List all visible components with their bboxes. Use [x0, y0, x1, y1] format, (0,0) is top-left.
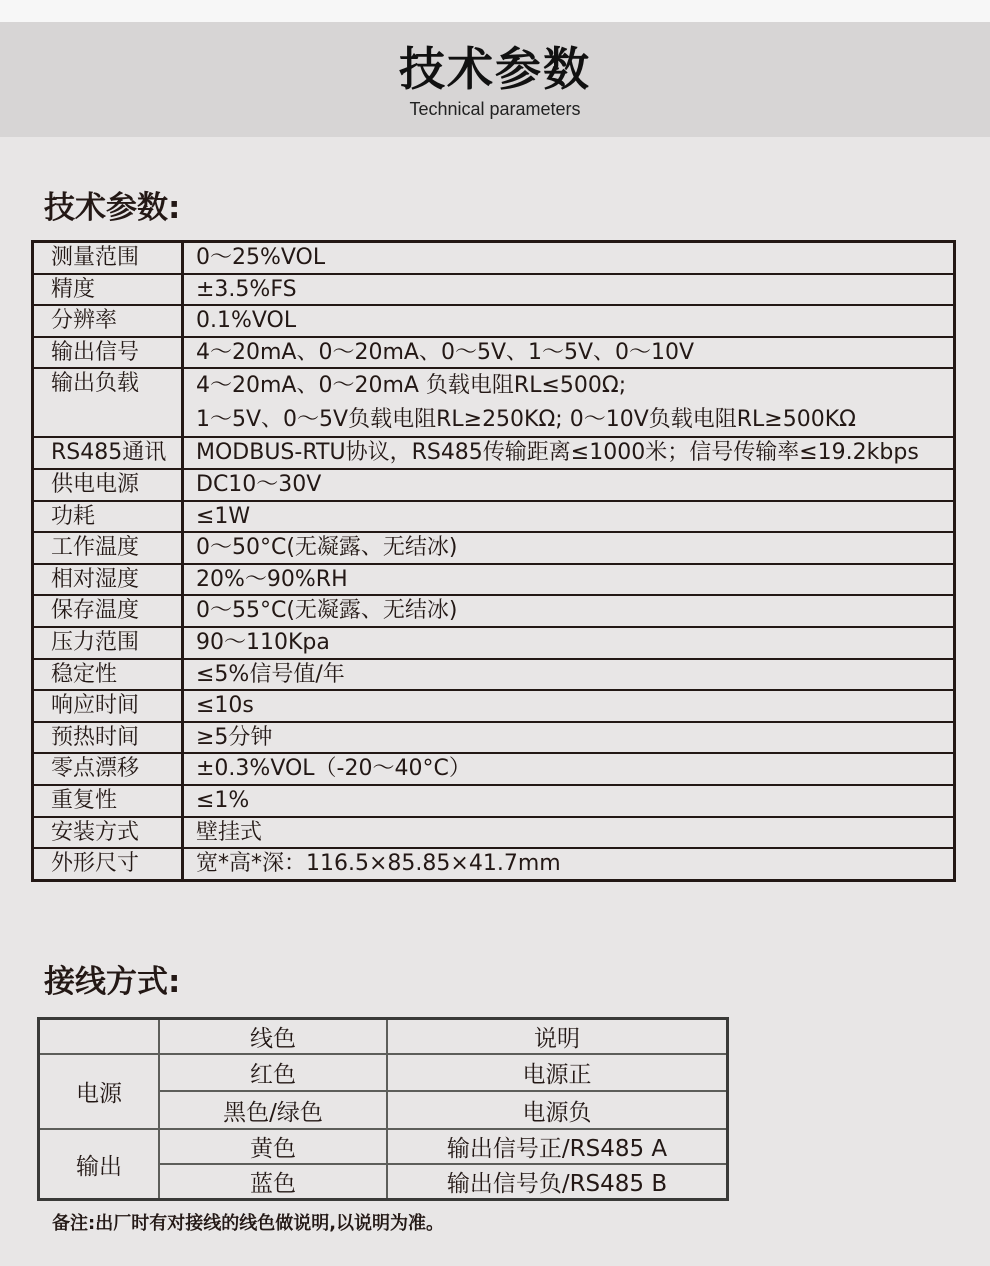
spec-label: RS485通讯 [33, 437, 183, 469]
table-row: 外形尺寸宽*高*深：116.5×85.85×41.7mm [33, 848, 955, 880]
wiring-table: 线色 说明 电源 红色 电源正 黑色/绿色 电源负 输出 黄色 输出信号正/RS… [37, 1017, 729, 1201]
wiring-group-power: 电源 [39, 1054, 160, 1129]
spec-table: 测量范围0～25%VOL精度±3.5%FS分辨率0.1%VOL输出信号4～20m… [31, 240, 956, 882]
spec-value: 宽*高*深：116.5×85.85×41.7mm [183, 848, 955, 880]
wire-color: 黄色 [159, 1129, 387, 1164]
spec-value: 0.1%VOL [183, 305, 955, 337]
table-row: 相对湿度20%～90%RH [33, 564, 955, 596]
spec-value-line: 4～20mA、0～20mA 负载电阻RL≤500Ω; [196, 369, 953, 403]
spec-value: 0～50°C(无凝露、无结冰) [183, 532, 955, 564]
table-row: 输出负载4～20mA、0～20mA 负载电阻RL≤500Ω;1～5V、0～5V负… [33, 368, 955, 437]
spec-label: 测量范围 [33, 242, 183, 274]
wire-desc: 电源负 [387, 1091, 728, 1129]
spec-label: 功耗 [33, 501, 183, 533]
banner-subtitle: Technical parameters [0, 98, 990, 120]
spec-value: ≤10s [183, 690, 955, 722]
spec-value: 4～20mA、0～20mA、0～5V、1～5V、0～10V [183, 337, 955, 369]
wiring-header-color: 线色 [159, 1019, 387, 1055]
spec-label: 供电电源 [33, 469, 183, 501]
table-row: 分辨率0.1%VOL [33, 305, 955, 337]
table-row: 保存温度0～55°C(无凝露、无结冰) [33, 595, 955, 627]
spec-label: 保存温度 [33, 595, 183, 627]
table-row: 电源 红色 电源正 [39, 1054, 728, 1091]
wiring-group-output: 输出 [39, 1129, 160, 1200]
table-row: 供电电源DC10～30V [33, 469, 955, 501]
spec-value: 壁挂式 [183, 817, 955, 849]
wire-desc: 电源正 [387, 1054, 728, 1091]
table-row: 重复性≤1% [33, 785, 955, 817]
spec-section-title: 技术参数: [44, 188, 180, 228]
wiring-header-desc: 说明 [387, 1019, 728, 1055]
top-strip [0, 0, 990, 22]
spec-label: 重复性 [33, 785, 183, 817]
wiring-section-title: 接线方式: [44, 962, 180, 1002]
spec-label: 响应时间 [33, 690, 183, 722]
table-row: 安装方式壁挂式 [33, 817, 955, 849]
spec-value: MODBUS-RTU协议，RS485传输距离≤1000米；信号传输率≤19.2k… [183, 437, 955, 469]
table-row: 输出 黄色 输出信号正/RS485 A [39, 1129, 728, 1164]
spec-value: ±0.3%VOL（-20～40°C） [183, 753, 955, 785]
spec-value: ≥5分钟 [183, 722, 955, 754]
spec-label: 分辨率 [33, 305, 183, 337]
spec-label: 相对湿度 [33, 564, 183, 596]
wiring-note: 备注:出厂时有对接线的线色做说明,以说明为准。 [52, 1210, 444, 1238]
table-row: 工作温度0～50°C(无凝露、无结冰) [33, 532, 955, 564]
spec-value: 20%～90%RH [183, 564, 955, 596]
wire-color: 红色 [159, 1054, 387, 1091]
wire-color: 蓝色 [159, 1164, 387, 1200]
table-row: 预热时间≥5分钟 [33, 722, 955, 754]
table-row: 精度±3.5%FS [33, 274, 955, 306]
spec-label: 输出信号 [33, 337, 183, 369]
spec-label: 零点漂移 [33, 753, 183, 785]
spec-label: 精度 [33, 274, 183, 306]
spec-label: 输出负载 [33, 368, 183, 437]
spec-value: 0～25%VOL [183, 242, 955, 274]
spec-label: 预热时间 [33, 722, 183, 754]
spec-value: DC10～30V [183, 469, 955, 501]
spec-value: ±3.5%FS [183, 274, 955, 306]
wire-desc: 输出信号正/RS485 A [387, 1129, 728, 1164]
spec-value: ≤5%信号值/年 [183, 659, 955, 691]
wiring-header-blank [39, 1019, 160, 1055]
spec-value: 90～110Kpa [183, 627, 955, 659]
spec-value: ≤1W [183, 501, 955, 533]
table-row: 功耗≤1W [33, 501, 955, 533]
spec-label: 安装方式 [33, 817, 183, 849]
wire-color: 黑色/绿色 [159, 1091, 387, 1129]
spec-label: 工作温度 [33, 532, 183, 564]
wire-desc: 输出信号负/RS485 B [387, 1164, 728, 1200]
table-row: 压力范围90～110Kpa [33, 627, 955, 659]
table-row: RS485通讯MODBUS-RTU协议，RS485传输距离≤1000米；信号传输… [33, 437, 955, 469]
table-row: 响应时间≤10s [33, 690, 955, 722]
spec-label: 外形尺寸 [33, 848, 183, 880]
spec-value: 0～55°C(无凝露、无结冰) [183, 595, 955, 627]
spec-label: 稳定性 [33, 659, 183, 691]
spec-value: 4～20mA、0～20mA 负载电阻RL≤500Ω;1～5V、0～5V负载电阻R… [183, 368, 955, 437]
table-row: 测量范围0～25%VOL [33, 242, 955, 274]
table-row: 输出信号4～20mA、0～20mA、0～5V、1～5V、0～10V [33, 337, 955, 369]
spec-label: 压力范围 [33, 627, 183, 659]
header-banner: 技术参数 Technical parameters [0, 22, 990, 137]
banner-title: 技术参数 [0, 42, 990, 96]
table-row: 稳定性≤5%信号值/年 [33, 659, 955, 691]
table-row: 零点漂移±0.3%VOL（-20～40°C） [33, 753, 955, 785]
spec-value-line: 1～5V、0～5V负载电阻RL≥250KΩ; 0～10V负载电阻RL≥500KΩ [196, 403, 953, 437]
spec-value: ≤1% [183, 785, 955, 817]
wiring-header-row: 线色 说明 [39, 1019, 728, 1055]
